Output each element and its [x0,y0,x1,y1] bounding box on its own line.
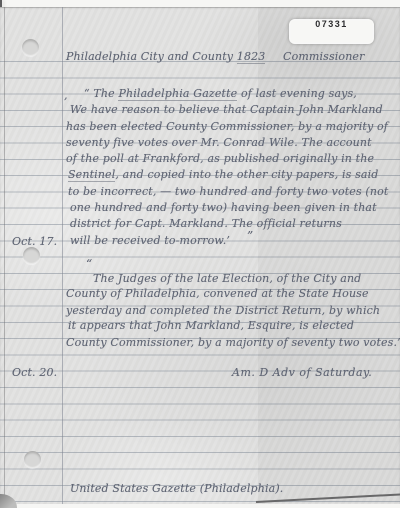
handwriting-line: We have reason to believe that Captain J… [70,103,383,116]
archive-number-label: 07331 [289,19,374,44]
handwriting-line: “ The Philadelphia Gazette of last eveni… [84,87,357,100]
handwriting-line: seventy five votes over Mr. Conrad Wile.… [66,136,372,149]
stray-comma-mark: , [64,89,68,102]
handwriting-line: of the poll at Frankford, as published o… [66,152,374,165]
handwriting-line: district for Capt. Markland. The officia… [70,217,342,230]
line-text: of last evening says, [237,87,357,100]
handwriting-line: County Commissioner, by a majority of se… [66,336,400,349]
footer-source-line: United States Gazette (Philadelphia). [70,482,283,495]
line-text: “ The [84,87,118,100]
hole-punch-bottom [24,451,41,468]
close-quote-mark: ” [247,230,253,243]
handwriting-line: Sentinel, and copied into the other city… [68,168,378,181]
hole-punch-top [22,39,39,56]
hole-punch-middle [23,247,40,264]
attribution-line: Am. D Adv of Saturday. [232,366,372,379]
margin-date-oct-17: Oct. 17. [12,235,57,248]
margin-rule-line [62,7,63,504]
handwriting-line: County of Philadelphia, convened at the … [66,287,369,300]
page-heading-title: Philadelphia City and County [66,50,237,63]
newspaper-name: Philadelphia Gazette [118,87,237,101]
handwriting-line: has been elected County Commissioner, by… [66,120,388,133]
page-heading-subject: Commissioner [283,50,365,63]
handwriting-line: one hundred and forty two) having been g… [70,201,377,214]
margin-date-oct-20: Oct. 20. [12,366,57,379]
handwriting-line: The Judges of the late Election, of the … [93,272,361,285]
handwriting-line: will be received to-morrow.’ [70,234,230,247]
handwriting-line: to be incorrect, — two hundred and forty… [68,185,388,198]
right-page-shading [258,7,400,503]
handwriting-line: it appears that John Markland, Esquire, … [68,319,354,332]
newspaper-name: Sentinel [68,168,115,182]
open-quote-mark: “ [86,258,92,271]
paper-left-edge [4,7,5,504]
page-heading-year: 1823 [237,50,266,64]
scanned-notebook-page: Philadelphia City and County 1823 Commis… [0,0,400,508]
page-heading: Philadelphia City and County 1823 [66,50,265,63]
line-text: , and copied into the other city papers,… [115,168,378,181]
handwriting-line: yesterday and completed the District Ret… [66,304,380,317]
